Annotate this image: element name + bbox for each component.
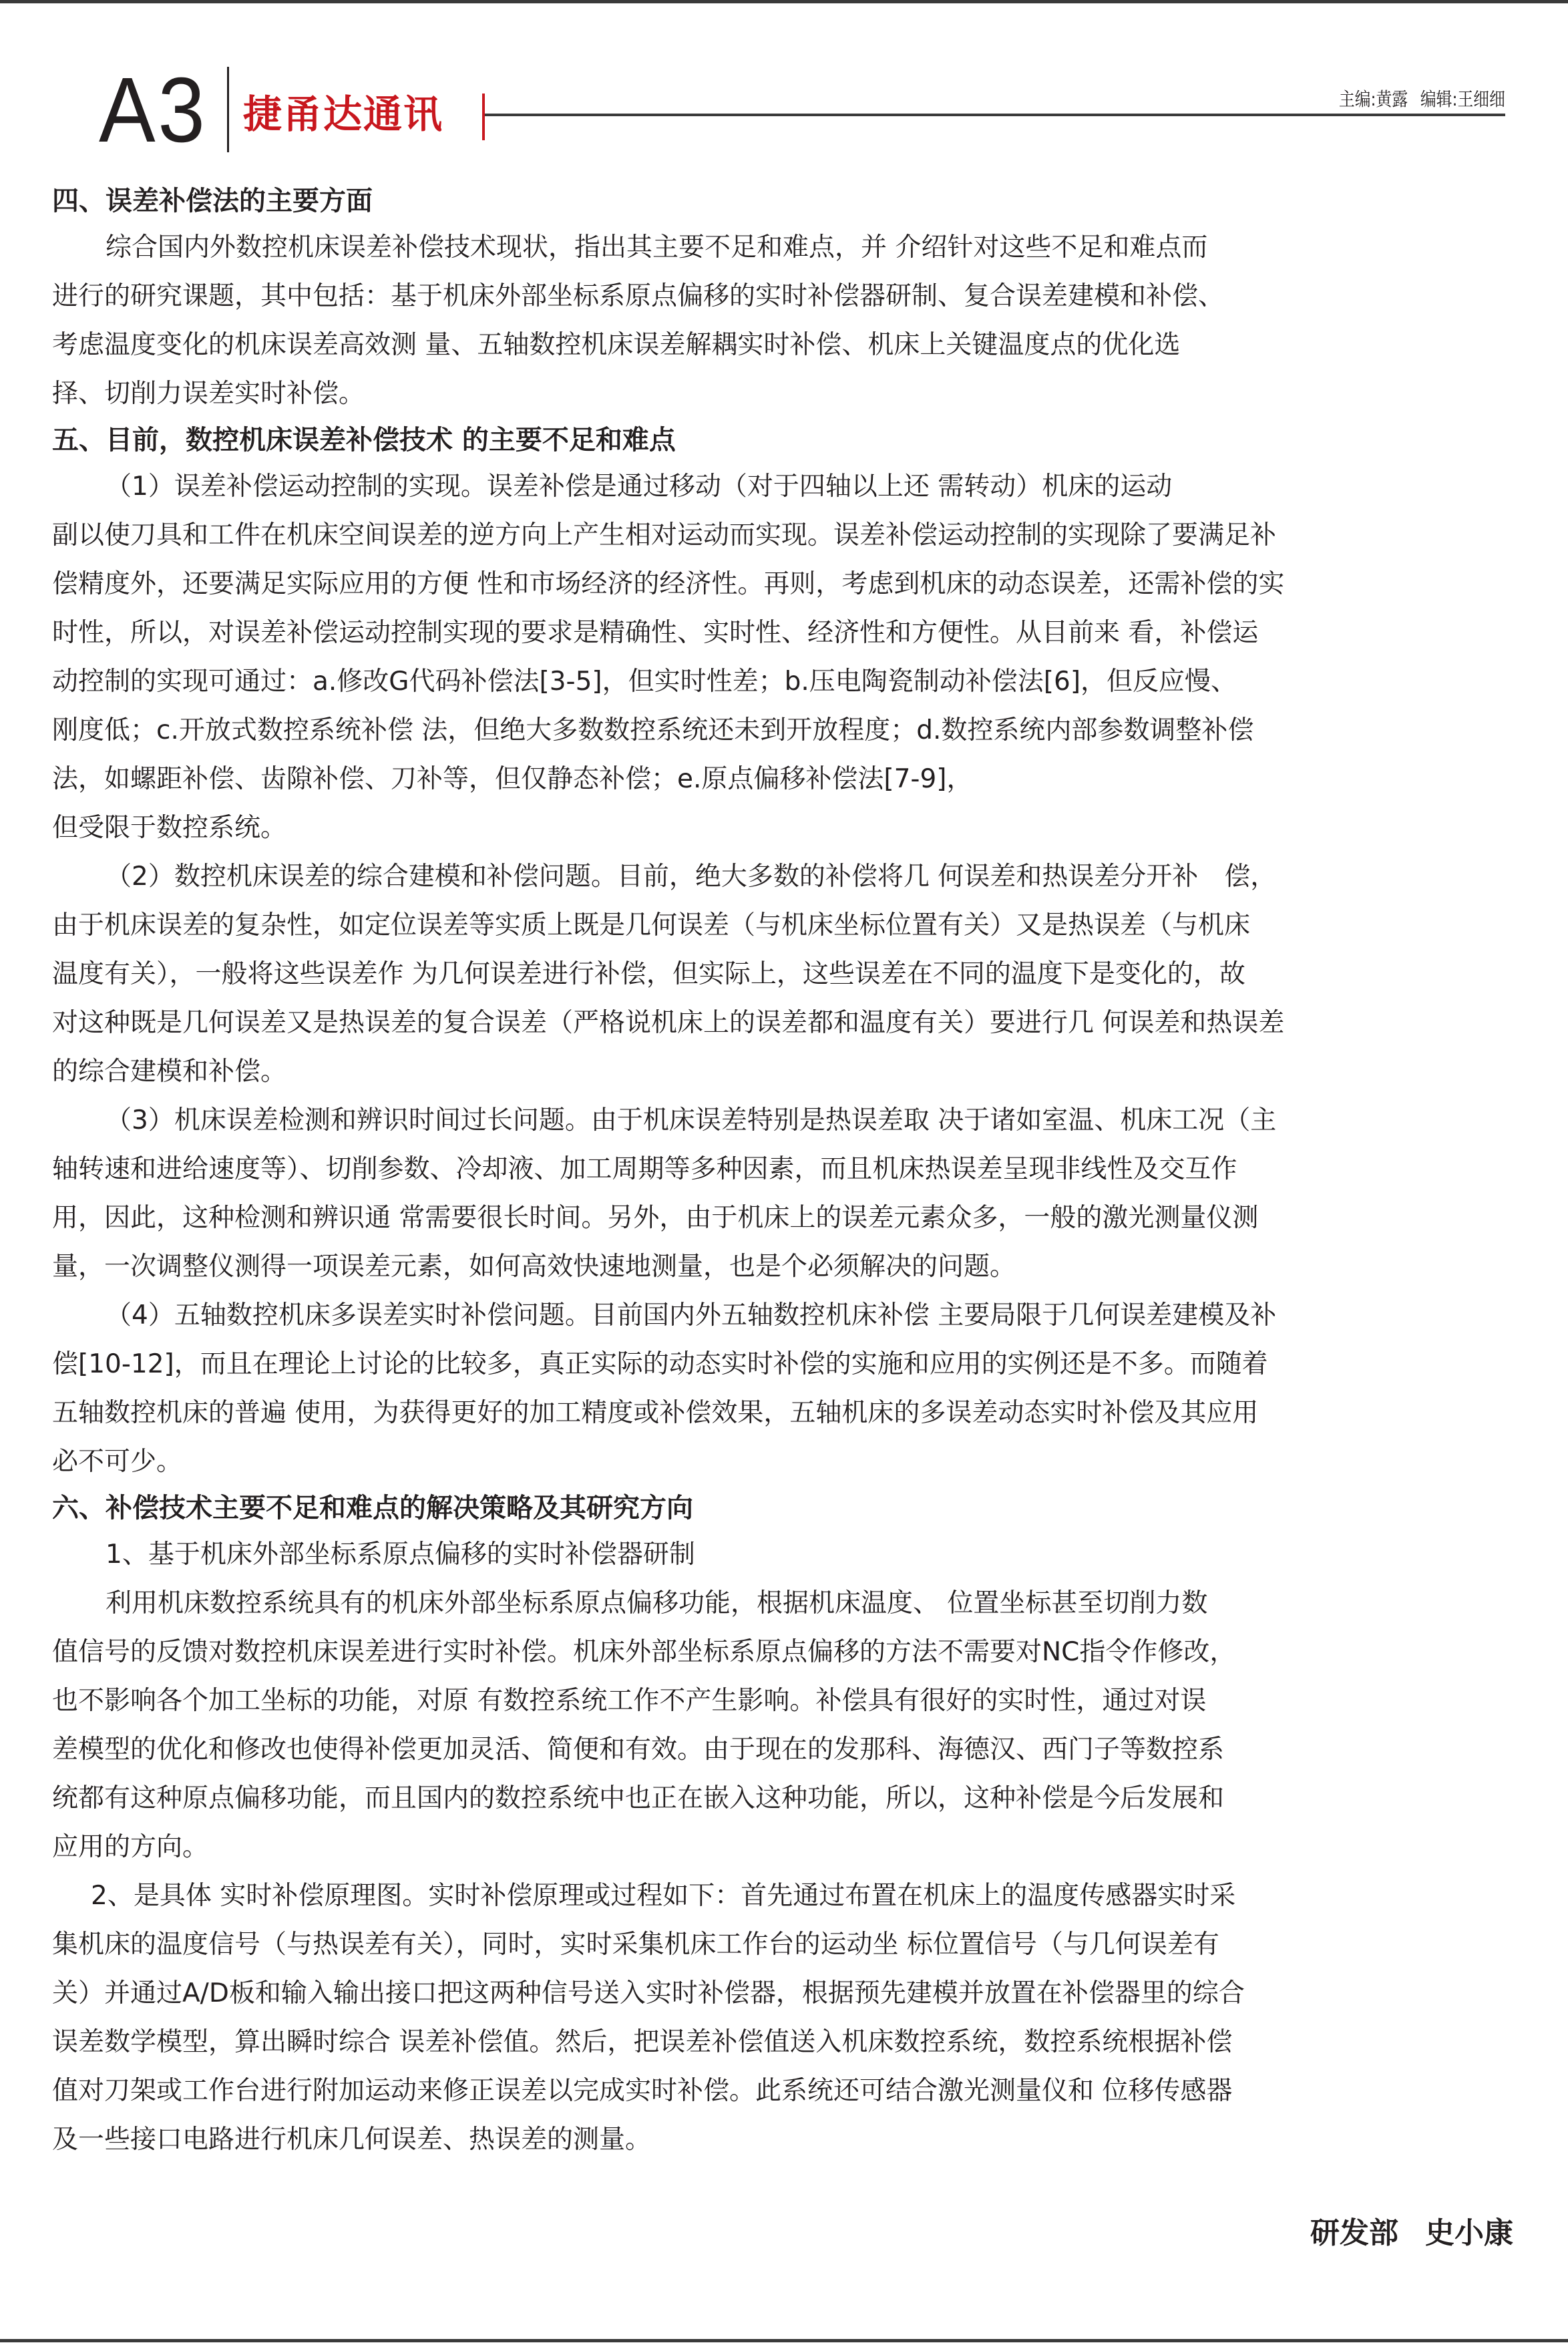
text-line: 值对刀架或工作台进行附加运动来修正误差以完成实时补偿。此系统还可结合激光测量仪和… [52,2066,1515,2115]
text-line: 对这种既是几何误差又是热误差的复合误差（严格说机床上的误差都和温度有关）要进行几… [52,999,1515,1047]
section-6: 六、补偿技术主要不足和难点的解决策略及其研究方向 1、基于机床外部坐标系原点偏移… [52,1486,1515,2164]
paragraph-1: 利用机床数控系统具有的机床外部坐标系原点偏移功能，根据机床温度、 位置坐标甚至切… [52,1579,1515,1871]
paragraph-1: （1）误差补偿运动控制的实现。误差补偿是通过移动（对于四轴以上还 需转动）机床的… [52,462,1515,852]
text-line: 2、是具体 实时补偿原理图。实时补偿原理或过程如下：首先通过布置在机床上的温度传… [52,1871,1515,1920]
page-number: A3 [99,64,208,156]
text-line: 刚度低；c.开放式数控系统补偿 法，但绝大多数数控系统还未到开放程度；d.数控系… [52,706,1515,755]
paragraph: 综合国内外数控机床误差补偿技术现状，指出其主要不足和难点，并 介绍针对这些不足和… [52,223,1515,418]
text-line: 温度有关），一般将这些误差作 为几何误差进行补偿，但实际上，这些误差在不同的温度… [52,950,1515,999]
paragraph-3: （3）机床误差检测和辨识时间过长问题。由于机床误差特别是热误差取 决于诸如室温、… [52,1096,1515,1291]
text-line: 考虑温度变化的机床误差高效测 量、五轴数控机床误差解耦实时补偿、机床上关键温度点… [52,321,1515,369]
title-accent-bar [482,94,485,140]
paragraph-2: 2、是具体 实时补偿原理图。实时补偿原理或过程如下：首先通过布置在机床上的温度传… [52,1871,1515,2164]
sub-heading: 1、基于机床外部坐标系原点偏移的实时补偿器研制 [52,1530,1515,1579]
masthead: A3 捷甬达通讯 主编:黄露编辑:王细细 [0,0,1568,167]
section-5: 五、目前，数控机床误差补偿技术 的主要不足和难点 （1）误差补偿运动控制的实现。… [52,418,1515,1486]
text-line: 应用的方向。 [52,1823,1515,1871]
text-line: 集机床的温度信号（与热误差有关），同时，实时采集机床工作台的运动坐 标位置信号（… [52,1920,1515,1969]
text-line: 统都有这种原点偏移功能，而且国内的数控系统中也正在嵌入这种功能，所以，这种补偿是… [52,1774,1515,1823]
chief-editor: 主编:黄露 [1339,88,1408,110]
text-line: 择、切削力误差实时补偿。 [52,369,1515,418]
paragraph-4: （4）五轴数控机床多误差实时补偿问题。目前国内外五轴数控机床补偿 主要局限于几何… [52,1291,1515,1486]
text-line: 用，因此，这种检测和辨识通 常需要很长时间。另外，由于机床上的误差元素众多，一般… [52,1194,1515,1242]
text-line: 副以使刀具和工件在机床空间误差的逆方向上产生相对运动而实现。误差补偿运动控制的实… [52,511,1515,560]
text-line: 偿[10-12]，而且在理论上讨论的比较多，真正实际的动态实时补偿的实施和应用的… [52,1340,1515,1389]
text-line: （1）误差补偿运动控制的实现。误差补偿是通过移动（对于四轴以上还 需转动）机床的… [52,462,1515,511]
text-line: 时性，所以，对误差补偿运动控制实现的要求是精确性、实时性、经济性和方便性。从目前… [52,608,1515,657]
text-line: 由于机床误差的复杂性，如定位误差等实质上既是几何误差（与机床坐标位置有关）又是热… [52,901,1515,950]
publication-title: 捷甬达通讯 [243,91,443,138]
text-line: 利用机床数控系统具有的机床外部坐标系原点偏移功能，根据机床温度、 位置坐标甚至切… [52,1579,1515,1628]
text-line: 法，如螺距补偿、齿隙补偿、刀补等，但仅静态补偿；e.原点偏移补偿法[7-9]， [52,755,1515,803]
section-heading: 四、误差补偿法的主要方面 [52,179,1515,223]
text-line: 值信号的反馈对数控机床误差进行实时补偿。机床外部坐标系原点偏移的方法不需要对NC… [52,1628,1515,1676]
text-line: 量，一次调整仪测得一项误差元素，如何高效快速地测量，也是个必须解决的问题。 [52,1242,1515,1291]
text-line: 必不可少。 [52,1437,1515,1486]
article-body: 四、误差补偿法的主要方面 综合国内外数控机床误差补偿技术现状，指出其主要不足和难… [52,179,1515,2164]
text-line: 及一些接口电路进行机床几何误差、热误差的测量。 [52,2115,1515,2164]
editor: 编辑:王细细 [1420,88,1505,110]
byline: 研发部史小康 [1310,2215,1513,2252]
paragraph-2: （2）数控机床误差的综合建模和补偿问题。目前，绝大多数的补偿将几 何误差和热误差… [52,852,1515,1096]
text-line: 轴转速和进给速度等）、切削参数、冷却液、加工周期等多种因素，而且机床热误差呈现非… [52,1145,1515,1194]
byline-department: 研发部 [1310,2216,1398,2250]
text-line: （3）机床误差检测和辨识时间过长问题。由于机床误差特别是热误差取 决于诸如室温、… [52,1096,1515,1145]
text-line: 的综合建模和补偿。 [52,1047,1515,1096]
masthead-divider [227,67,229,152]
text-line: 关）并通过A/D板和输入输出接口把这两种信号送入实时补偿器，根据预先建模并放置在… [52,1969,1515,2018]
text-line: 进行的研究课题，其中包括：基于机床外部坐标系原点偏移的实时补偿器研制、复合误差建… [52,272,1515,321]
text-line: 差模型的优化和修改也使得补偿更加灵活、简便和有效。由于现在的发那科、海德汉、西门… [52,1725,1515,1774]
text-line: （2）数控机床误差的综合建模和补偿问题。目前，绝大多数的补偿将几 何误差和热误差… [52,852,1515,901]
text-line: 综合国内外数控机床误差补偿技术现状，指出其主要不足和难点，并 介绍针对这些不足和… [52,223,1515,272]
text-line: （4）五轴数控机床多误差实时补偿问题。目前国内外五轴数控机床补偿 主要局限于几何… [52,1291,1515,1340]
text-line: 但受限于数控系统。 [52,803,1515,852]
bottom-border-rule [0,2339,1568,2342]
text-line: 误差数学模型，算出瞬时综合 误差补偿值。然后，把误差补偿值送入机床数控系统，数控… [52,2018,1515,2066]
editor-credits: 主编:黄露编辑:王细细 [1326,88,1505,111]
section-4: 四、误差补偿法的主要方面 综合国内外数控机床误差补偿技术现状，指出其主要不足和难… [52,179,1515,418]
text-line: 动控制的实现可通过：a.修改G代码补偿法[3-5]，但实时性差；b.压电陶瓷制动… [52,657,1515,706]
masthead-rule [485,114,1505,116]
section-heading: 五、目前，数控机床误差补偿技术 的主要不足和难点 [52,418,1515,462]
text-line: 也不影响各个加工坐标的功能，对原 有数控系统工作不产生影响。补偿具有很好的实时性… [52,1676,1515,1725]
byline-author: 史小康 [1425,2216,1513,2250]
text-line: 五轴数控机床的普遍 使用，为获得更好的加工精度或补偿效果，五轴机床的多误差动态实… [52,1389,1515,1437]
text-line: 偿精度外，还要满足实际应用的方便 性和市场经济的经济性。再则，考虑到机床的动态误… [52,560,1515,608]
section-heading: 六、补偿技术主要不足和难点的解决策略及其研究方向 [52,1486,1515,1530]
